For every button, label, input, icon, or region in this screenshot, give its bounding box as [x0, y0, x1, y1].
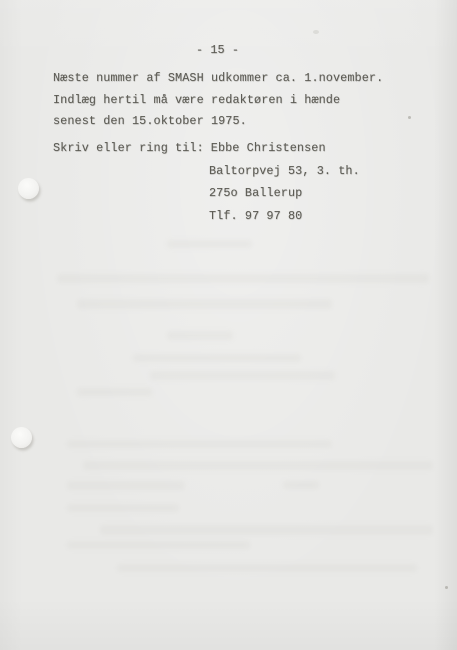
scan-speck [313, 30, 319, 34]
contact-intro: Skriv eller ring til: [53, 141, 204, 155]
bleed-through-smudge [67, 440, 332, 448]
body-text-line: Indlæg hertil må være redaktøren i hænde [53, 93, 340, 107]
scan-speck [408, 116, 411, 119]
body-text-line: Næste nummer af SMASH udkommer ca. 1.nov… [53, 71, 383, 85]
bleed-through-smudge [57, 274, 429, 283]
page-number: - 15 - [196, 43, 239, 57]
bleed-through-smudge [150, 371, 335, 380]
scan-speck [445, 586, 448, 589]
bleed-through-smudge [67, 481, 185, 490]
contact-phone: Tlf. 97 97 80 [209, 209, 302, 223]
bleed-through-smudge [283, 481, 319, 489]
bleed-through-smudge [133, 354, 301, 362]
punch-hole-bottom [11, 427, 32, 448]
punch-hole-top [18, 178, 39, 199]
contact-address-city: 275o Ballerup [209, 186, 302, 200]
bleed-through-smudge [67, 504, 179, 512]
bleed-through-smudge [77, 299, 332, 309]
bleed-through-smudge [83, 461, 433, 470]
contact-line: Skriv eller ring til:Ebbe Christensen [53, 141, 326, 155]
bleed-through-smudge [67, 541, 250, 549]
contact-name: Ebbe Christensen [211, 141, 326, 155]
bleed-through-smudge [167, 331, 233, 340]
bleed-through-smudge [100, 525, 433, 535]
bleed-through-smudge [117, 564, 417, 572]
bleed-through-smudge [167, 240, 252, 248]
bleed-through-smudge [77, 388, 152, 396]
contact-address-street: Baltorpvej 53, 3. th. [209, 164, 360, 178]
body-text-line: senest den 15.oktober 1975. [53, 114, 247, 128]
scanned-document-page: - 15 - Næste nummer af SMASH udkommer ca… [0, 0, 457, 650]
